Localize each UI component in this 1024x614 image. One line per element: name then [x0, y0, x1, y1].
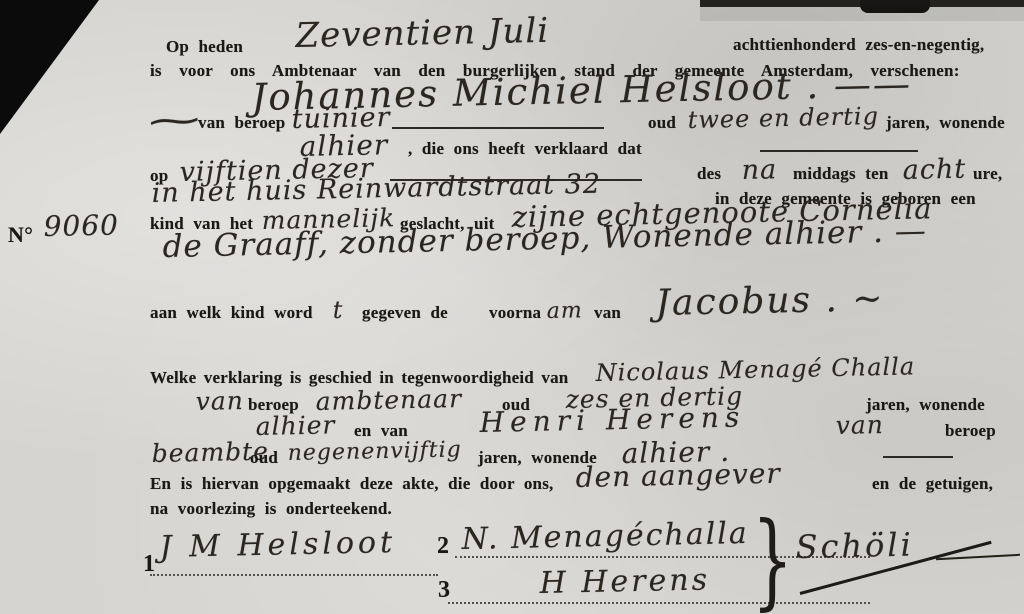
- printed-ure: ure,: [973, 164, 1002, 184]
- printed-van: van: [594, 303, 621, 323]
- handwritten-witness1-name: Nicolaus Menagé Challa: [595, 352, 915, 387]
- signature-registrar: Schöli: [795, 526, 914, 566]
- birth-certificate-scan: N° 9060 Op heden Zeventien Juli achttien…: [0, 0, 1024, 614]
- printed-middags-ten: middags ten: [793, 164, 889, 184]
- handwritten-van-1: van: [195, 386, 244, 416]
- printed-oud: oud: [648, 113, 676, 133]
- printed-die-ons: , die ons heeft verklaard dat: [408, 139, 642, 159]
- signature-brace: }: [752, 508, 793, 612]
- printed-aan-welk: aan welk kind word: [150, 303, 313, 323]
- printed-closing-1: En is hiervan opgemaakt deze akte, die d…: [150, 474, 553, 494]
- signature-line-1: [150, 574, 438, 576]
- handwritten-witness1-occupation: ambtenaar: [315, 384, 462, 416]
- act-number-label: N°: [8, 222, 33, 248]
- handwritten-am: am: [546, 298, 583, 324]
- signature-witness-2: H Herens: [539, 562, 710, 601]
- handwritten-den-aangever: den aangever: [575, 457, 781, 494]
- printed-jaren-wonende-1: jaren, wonende: [866, 395, 985, 415]
- printed-gegeven-de: gegeven de: [362, 303, 448, 323]
- handwritten-firstname: Jacobus . ~: [655, 278, 885, 324]
- printed-witness-intro: Welke verklaring is geschied in tegenwoo…: [150, 368, 568, 388]
- printed-jaren-wonende: jaren, wonende: [886, 113, 1005, 133]
- printed-van-beroep: van beroep: [198, 113, 285, 133]
- blank-rule: [760, 150, 918, 152]
- handwritten-witness2-age: negenenvijftig: [287, 437, 462, 466]
- printed-year: achttienhonderd zes-en-negentig,: [733, 35, 984, 55]
- handwritten-witness2-name: Henri Herens: [479, 400, 745, 439]
- blank-rule: [883, 456, 953, 458]
- scan-corner-artifact: [0, 0, 99, 134]
- printed-closing-2: en de getuigen,: [872, 474, 993, 494]
- signature-declarant: J M Helsloot: [159, 525, 396, 565]
- printed-des: des: [697, 164, 721, 184]
- printed-beroep-2: beroep: [945, 421, 996, 441]
- signature-number-2: 2: [437, 533, 449, 560]
- handwritten-date: Zeventien Juli: [295, 11, 549, 56]
- handwritten-van-2: van: [835, 410, 884, 440]
- printed-op-heden: Op heden: [166, 37, 243, 57]
- signature-number-3: 3: [438, 577, 450, 604]
- signature-witness-1: N. Menagéchalla: [461, 516, 749, 557]
- handwritten-hour: acht: [902, 154, 966, 186]
- printed-oud-2: oud: [250, 448, 278, 468]
- act-number-value: 9060: [43, 208, 119, 243]
- printed-closing-3: na voorlezing is onderteekend.: [150, 499, 392, 519]
- signature-line-3: [448, 602, 870, 604]
- scan-top-edge-shade: [700, 7, 1024, 21]
- blank-rule: [392, 127, 604, 129]
- handwritten-age: twee en dertig: [687, 102, 879, 134]
- handwritten-daypart: na: [741, 154, 777, 186]
- handwritten-t: t: [332, 296, 343, 324]
- printed-voorna: voorna: [489, 303, 541, 323]
